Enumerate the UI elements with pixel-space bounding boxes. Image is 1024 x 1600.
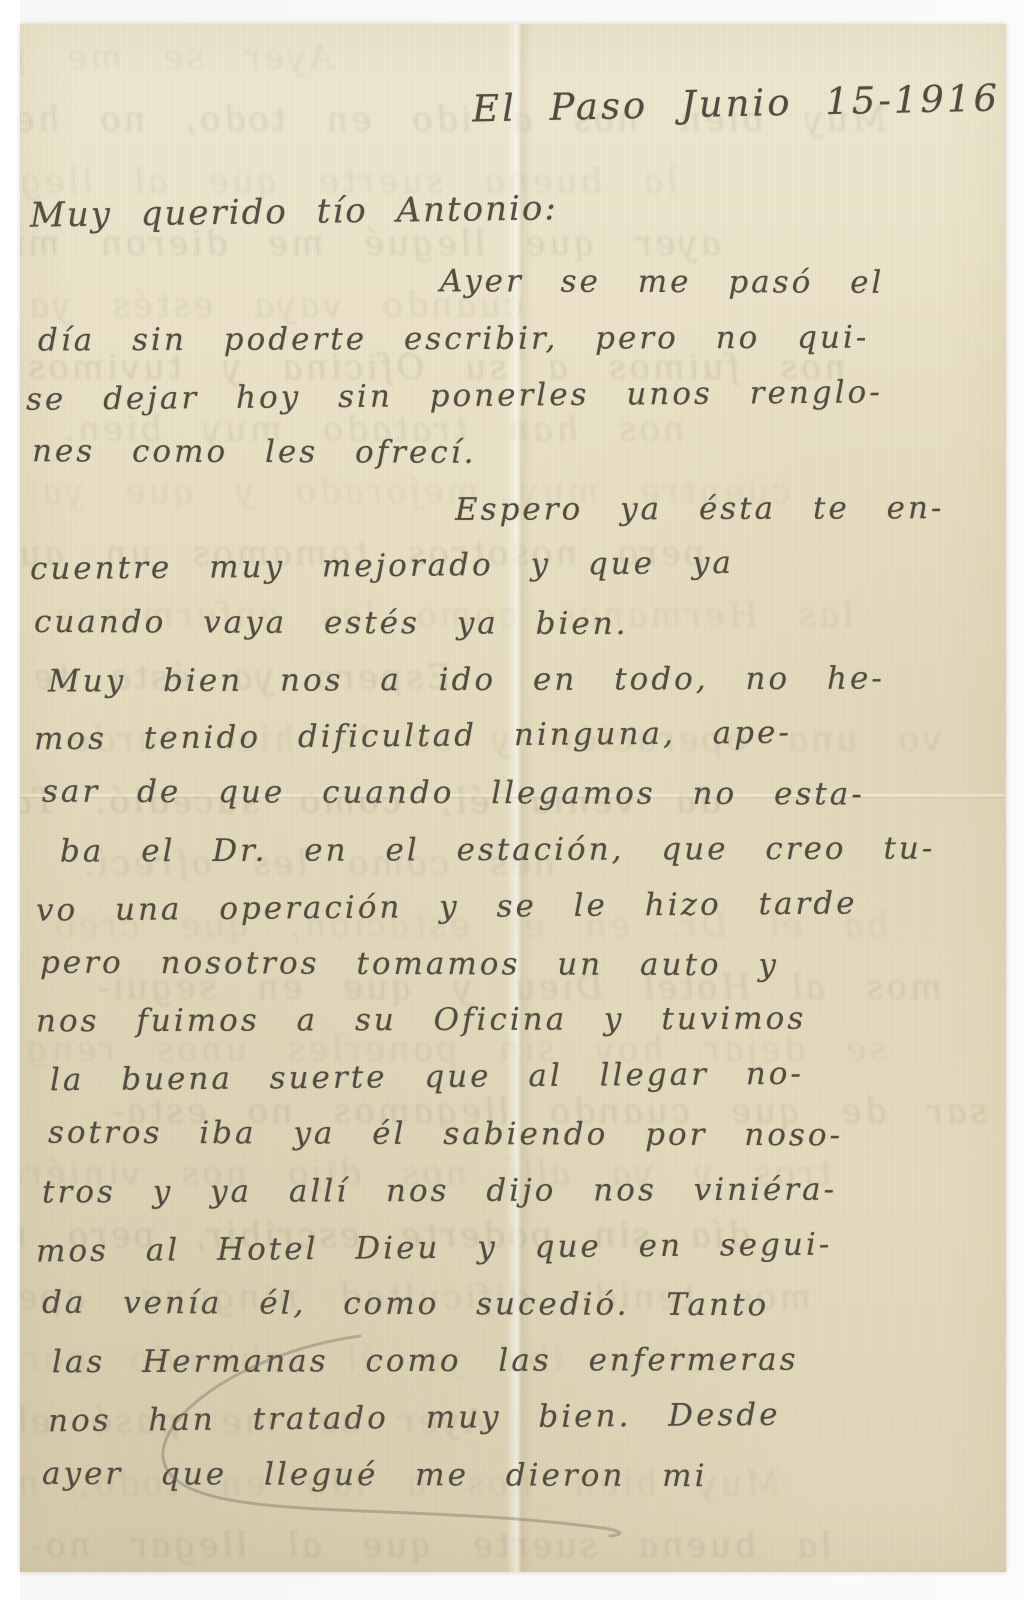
letter-line: día sin poderte escribir, pero no qui-: [38, 317, 869, 360]
letter-line: cuentre muy mejorado y que ya: [30, 543, 734, 589]
letter-line: tros y ya allí nos dijo nos viniéra-: [42, 1169, 837, 1212]
letter-line: sotros iba ya él sabiendo por noso-: [48, 1113, 843, 1156]
letter-line: la buena suerte que al llegar no-: [50, 1054, 804, 1101]
letter-line: mos tenido dificultad ninguna, ape-: [34, 713, 792, 760]
letter-line: Espero ya ésta te en-: [455, 488, 945, 530]
letter-line: las Hermanas como las enfermeras: [52, 1340, 799, 1383]
letter-line: nes como les ofrecí.: [32, 432, 477, 474]
letter-line: sar de que cuando llegamos no esta-: [42, 772, 865, 815]
letter-line: vo una operación y se le hizo tarde: [36, 883, 858, 930]
letter-paper: Ayer se me pasó elMuy bien nos a ido en …: [20, 24, 1006, 1572]
scan-background: Ayer se me pasó elMuy bien nos a ido en …: [0, 0, 1024, 1600]
letter-line: cuando vaya estés ya bien.: [34, 602, 629, 644]
letter-line: Ayer se me pasó el: [440, 261, 885, 303]
letter-line: nos han tratado muy bien. Desde: [48, 1395, 781, 1441]
letter-line: mos al Hotel Dieu y que en segui-: [36, 1224, 833, 1271]
letter-line: Muy bien nos a ido en todo, no he-: [48, 658, 885, 701]
letter-line: pero nosotros tomamos un auto y: [40, 942, 779, 985]
letter-body: Ayer se me pasó eldía sin poderte escrib…: [20, 24, 1006, 1572]
letter-line: ba el Dr. en el estación, que creo tu-: [60, 828, 935, 871]
letter-line: da venía él, como sucedió. Tanto: [42, 1283, 769, 1326]
letter-line: ayer que llegué me dieron mi: [42, 1454, 708, 1496]
letter-line: nos fuimos a su Oficina y tuvimos: [36, 999, 806, 1042]
letter-line: se dejar hoy sin ponerles unos renglo-: [26, 372, 883, 419]
